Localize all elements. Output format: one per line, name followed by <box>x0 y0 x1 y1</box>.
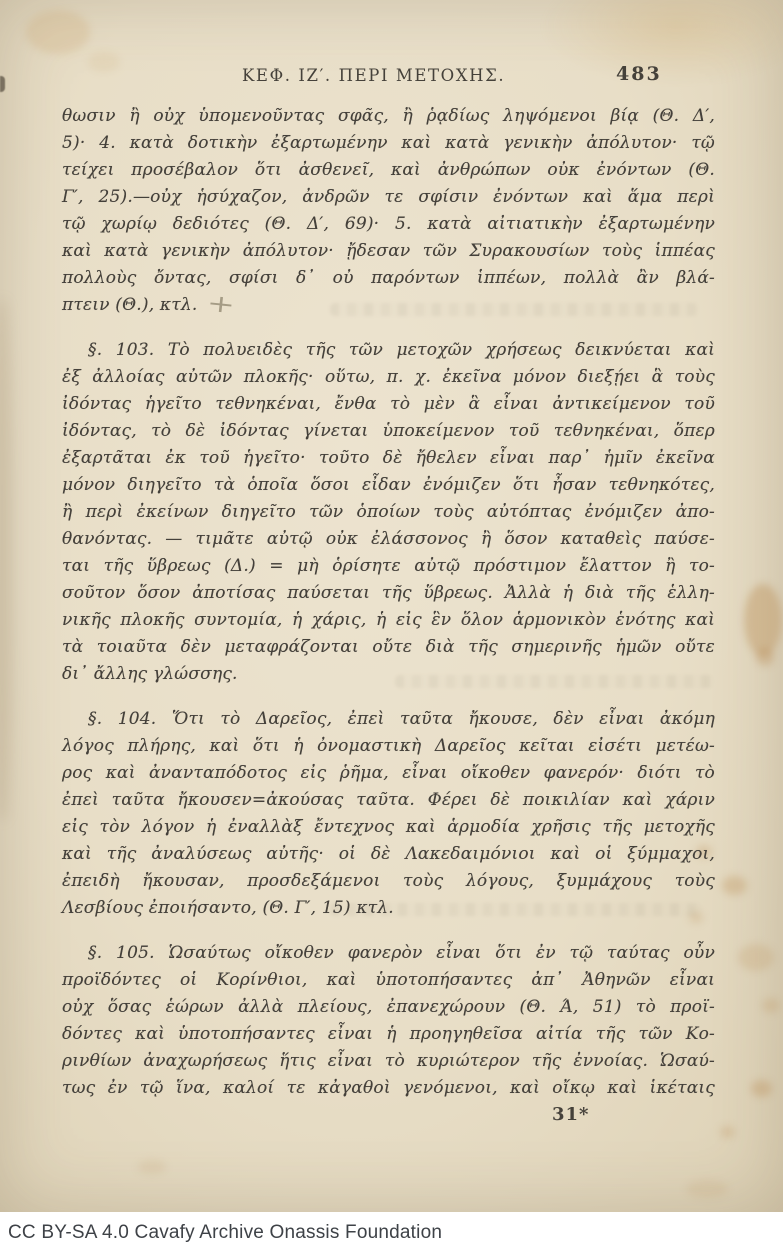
stain <box>138 1160 166 1174</box>
text-line: 5)· 4. κατὰ δοτικὴν ἐξαρτωμένην καὶ κατὰ… <box>62 130 715 157</box>
text-line: ἐπεὶ ταῦτα ἤκουσεν=ἀκούσας ταῦτα. Φέρει … <box>62 787 715 814</box>
stain <box>88 52 120 72</box>
text-line: τείχει προσέβαλον ὅτι ἀσθενεῖ, καὶ ἀνθρώ… <box>62 157 715 184</box>
text-line: τὰ τοιαῦτα δὲν μεταφράζονται οὔτε διὰ τῆ… <box>62 634 715 661</box>
text-line: εἰς τὸν λόγον ἡ ἐναλλὰξ ἔντεχνος καὶ ἁρμ… <box>62 814 715 841</box>
stain <box>738 944 774 971</box>
stain <box>744 584 782 656</box>
text-line: ρος καὶ ἀνανταπόδοτος εἰς ῥῆμα, εἶναι οἴ… <box>62 760 715 787</box>
text-line: σοῦτον ὅσον ἀποτίσας παύσεται τῆς ὕβρεως… <box>62 580 715 607</box>
stain <box>26 10 90 54</box>
text-line: πολλοὺς ὄντας, σφίσι δ᾽ οὐ παρόντων ἱππέ… <box>62 265 715 292</box>
text-line: ρινθίων ἀναχωρήσεως ἥτις εἶναι τὸ κυριώτ… <box>62 1048 715 1075</box>
text-line: ἰδόντας, τὸ δὲ ἰδόντας γίνεται ὑποκείμεν… <box>62 418 715 445</box>
page-edge-mark <box>0 76 5 92</box>
paragraph: §. 105. Ὡσαύτως οἴκοθεν φανερὸν εἶναι ὅτ… <box>62 940 715 1102</box>
stain <box>0 300 12 820</box>
text-line: δι᾽ ἄλλης γλώσσης. <box>62 661 715 688</box>
text-line: §. 105. Ὡσαύτως οἴκοθεν φανερὸν εἶναι ὅτ… <box>62 940 715 967</box>
text-line: καὶ τῆς ἀναλύσεως αὐτῆς· οἱ δὲ Λακεδαιμό… <box>62 841 715 868</box>
text-line: πτειν (Θ.), κτλ.+ <box>62 292 715 319</box>
signature-mark: 31* <box>552 1104 589 1125</box>
text-line: οὐχ ὅσας ἑώρων ἀλλὰ πλείους, ἐπανεχώρουν… <box>62 994 715 1021</box>
text-line: θωσιν ἢ οὐχ ὑπομενοῦντας σφᾶς, ἢ ῥᾳδίως … <box>62 103 715 130</box>
text-line: ἢ περὶ ἐκείνων διηγεῖτο τῶν ὁποίων τοὺς … <box>62 499 715 526</box>
stain <box>686 1180 728 1198</box>
text-line: ἐξ ἀλλοίας αὐτῶν πλοκῆς· οὕτω, π. χ. ἐκε… <box>62 364 715 391</box>
chapter-heading: ΚΕΦ. ΙΖ′. ΠΕΡΙ ΜΕΤΟΧΗΣ. <box>242 66 505 85</box>
license-bar: CC BY-SA 4.0 Cavafy Archive Onassis Foun… <box>0 1212 783 1254</box>
pencil-cross-annotation: + <box>207 298 236 311</box>
text-line: Γ′, 25).—οὐχ ἡσύχαζον, ἀνδρῶν τε σφίσιν … <box>62 184 715 211</box>
text-line: προϊδόντες οἱ Κορίνθιοι, καὶ ὑποτοπήσαντ… <box>62 967 715 994</box>
text-line: μόνον διηγεῖτο τὰ ὁποῖα ὅσοι εἶδαν ἐνόμι… <box>62 472 715 499</box>
text-line: ἐπειδὴ ἤκουσαν, προσδεξάμενοι τοὺς λόγου… <box>62 868 715 895</box>
text-line: λόγος πλήρης, καὶ ὅτι ἡ ὀνομαστικὴ Δαρεῖ… <box>62 733 715 760</box>
paragraph: θωσιν ἢ οὐχ ὑπομενοῦντας σφᾶς, ἢ ῥᾳδίως … <box>62 103 715 319</box>
stain <box>720 1126 735 1138</box>
text-line: νικῆς πλοκῆς συντομία, ἡ χάρις, ἡ εἰς ἓν… <box>62 607 715 634</box>
text-line: §. 103. Τὸ πολυειδὲς τῆς τῶν μετοχῶν χρή… <box>62 337 715 364</box>
page-number: 483 <box>616 63 662 85</box>
license-text: CC BY-SA 4.0 Cavafy Archive Onassis Foun… <box>8 1222 442 1244</box>
stain <box>756 648 774 666</box>
paragraph: §. 104. Ὅτι τὸ Δαρεῖος, ἐπεὶ ταῦτα ἤκουσ… <box>62 706 715 922</box>
paragraph: §. 103. Τὸ πολυειδὲς τῆς τῶν μετοχῶν χρή… <box>62 337 715 688</box>
text-line: ται τῆς ὕβρεως (Δ.) = μὴ ὁρίσητε αὐτῷ πρ… <box>62 553 715 580</box>
text-line: θανόντας. — τιμᾶτε αὐτῷ οὐκ ἐλάσσονος ἢ … <box>62 526 715 553</box>
page-body: θωσιν ἢ οὐχ ὑπομενοῦντας σφᾶς, ἢ ῥᾳδίως … <box>62 103 715 1102</box>
book-page-scan: ΚΕΦ. ΙΖ′. ΠΕΡΙ ΜΕΤΟΧΗΣ. 483 θωσιν ἢ οὐχ … <box>0 0 783 1212</box>
text-line: τῷ χωρίῳ δεδιότες (Θ. Δ′, 69)· 5. κατὰ α… <box>62 211 715 238</box>
stain <box>762 998 780 1013</box>
text-line: §. 104. Ὅτι τὸ Δαρεῖος, ἐπεὶ ταῦτα ἤκουσ… <box>62 706 715 733</box>
stain <box>751 1080 772 1097</box>
stain <box>722 876 747 895</box>
text-line: τως ἐν τῷ ἵνα, καλοί τε κἀγαθοὶ γενόμενο… <box>62 1075 715 1102</box>
text-line: καὶ κατὰ γενικὴν ἀπόλυτον· ᾔδεσαν τῶν Συ… <box>62 238 715 265</box>
text-line: δόντες καὶ ὑποτοπήσαντες εἶναι ἡ προηγηθ… <box>62 1021 715 1048</box>
text-line: Λεσβίους ἐποιήσαντο, (Θ. Γ′, 15) κτλ. <box>62 895 715 922</box>
text-line: ἐξαρτᾶται ἐκ τοῦ ἡγεῖτο· τοῦτο δὲ ἤθελεν… <box>62 445 715 472</box>
text-line: ἰδόντας ἡγεῖτο τεθνηκέναι, ἔνθα τὸ μὲν ἃ… <box>62 391 715 418</box>
